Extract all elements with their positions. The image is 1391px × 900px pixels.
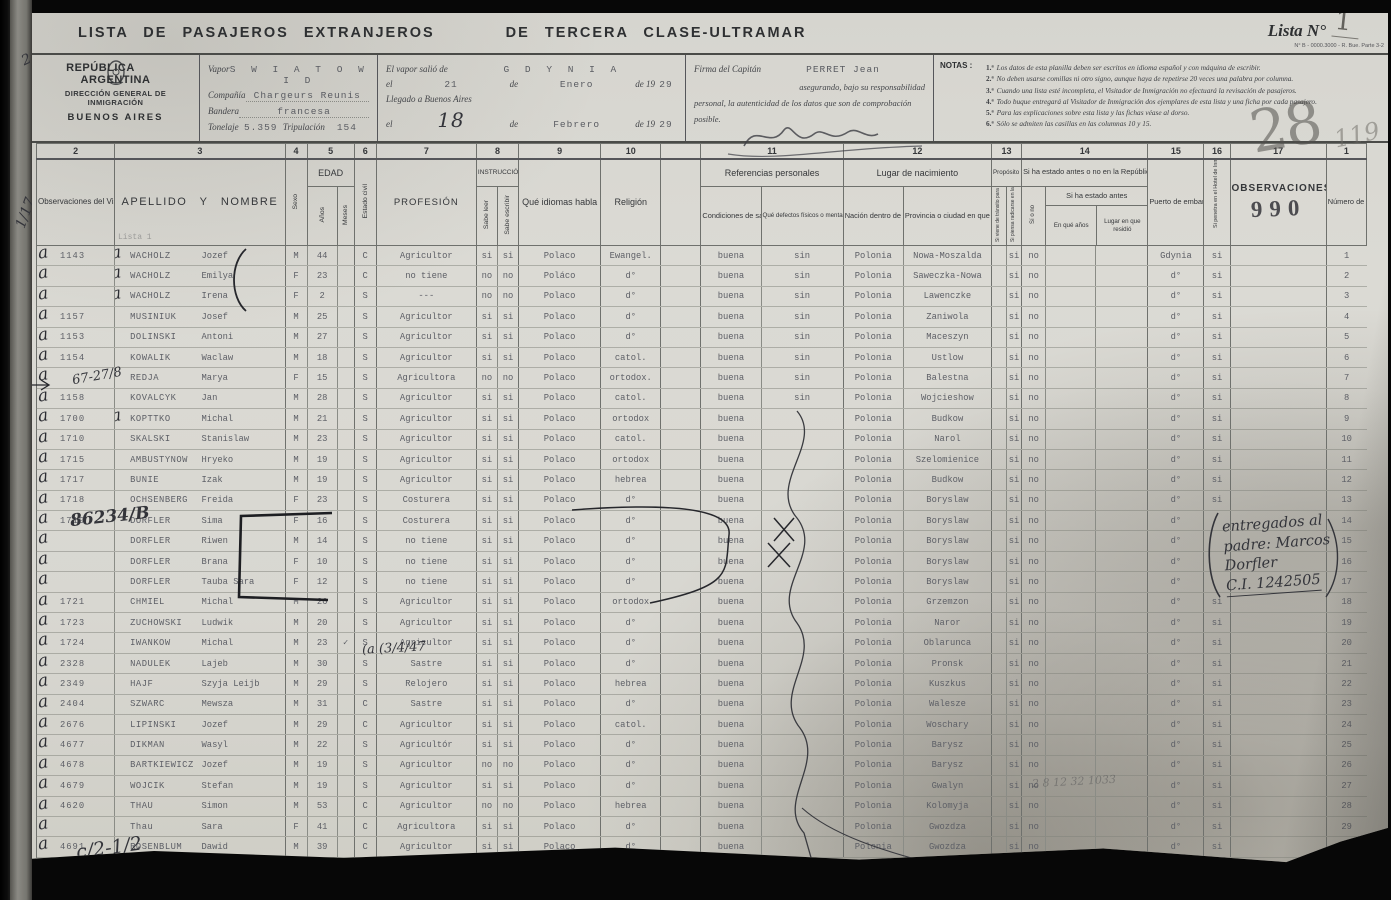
cell-prof: Agricultor — [376, 796, 476, 816]
table-row: a1700aKOPTTKOMichalM21SAgricultorsisiPol… — [37, 409, 1367, 429]
cell-nation: Polonia — [843, 714, 903, 734]
cell-sex: M — [285, 735, 307, 755]
colnum: 12 — [843, 144, 991, 159]
cell-prof: Agricultor — [376, 409, 476, 429]
cell-name: DORFLERTauba Sara — [115, 572, 285, 592]
cell-write: si — [497, 776, 518, 796]
compania-label: Compañía — [208, 90, 246, 100]
cell-months — [337, 837, 354, 857]
passenger-table: 2 3 4 5 6 7 8 9 10 11 12 13 14 15 16 17 — [36, 143, 1367, 858]
cell-civil: S — [354, 327, 376, 347]
cell-place — [1096, 429, 1148, 449]
cell-months — [337, 307, 354, 327]
colnum: 9 — [519, 144, 601, 159]
cell-name: aWACHOLZEmilya — [115, 266, 285, 286]
cell-name: ROSENBLUMDawid — [115, 837, 285, 857]
cell-port: Gdynia — [1148, 246, 1204, 266]
cell-health: buena — [701, 449, 761, 469]
cell-c13a — [992, 266, 1007, 286]
cell-sex: M — [285, 776, 307, 796]
header-sabe-leer: Sabe leer — [476, 187, 497, 246]
cell-gap — [661, 246, 701, 266]
cell-province: Budkow — [903, 409, 991, 429]
arrival-day: 18 — [393, 108, 510, 132]
cell-nation: Polonia — [843, 327, 903, 347]
header-meses: Meses — [337, 187, 354, 246]
cell-write: si — [497, 816, 518, 836]
cell-civil: S — [354, 470, 376, 490]
document-title: LISTA DE PASAJEROS EXTRANJEROS DE TERCER… — [78, 25, 806, 41]
cell-c13b: si — [1007, 776, 1022, 796]
cell-sex: M — [285, 674, 307, 694]
cell-civil: S — [354, 409, 376, 429]
cell-nation: Polonia — [843, 572, 903, 592]
cell-defect — [761, 816, 843, 836]
cell-province: Woschary — [903, 714, 991, 734]
cell-port: d° — [1148, 592, 1204, 612]
cell-civil: S — [354, 776, 376, 796]
departure-day: 21 — [393, 79, 510, 90]
cell-read: si — [476, 674, 497, 694]
cell-age: 26 — [307, 592, 337, 612]
cell-place — [1096, 286, 1148, 306]
cell-c14: no — [1022, 409, 1046, 429]
cell-c13a — [992, 449, 1007, 469]
cell-civil: S — [354, 755, 376, 775]
cell-sex: M — [285, 633, 307, 653]
cell-place — [1096, 735, 1148, 755]
cell-lang: Polaco — [519, 837, 601, 857]
cell-c14: no — [1022, 347, 1046, 367]
colnum: 5 — [307, 144, 354, 159]
cell-obs: a1719 — [37, 511, 115, 531]
cell-place — [1096, 246, 1148, 266]
cell-age: 41 — [307, 816, 337, 836]
cell-prof: Agricultor — [376, 776, 476, 796]
cell-civil: S — [354, 286, 376, 306]
cell-nation: Polonia — [843, 837, 903, 857]
cell-age: 29 — [307, 714, 337, 734]
cell-civil: C — [354, 837, 376, 857]
voyage-box: El vapor salió deG D Y N I A el21 deEner… — [378, 55, 686, 141]
cell-read: si — [476, 653, 497, 673]
cell-port: d° — [1148, 653, 1204, 673]
cell-province: Saweczka-Nowa — [903, 266, 991, 286]
cell-prof: Sastre — [376, 653, 476, 673]
cell-c13b: si — [1007, 633, 1022, 653]
cell-read: si — [476, 246, 497, 266]
cell-lang: Polaco — [519, 388, 601, 408]
table-row: aDORFLERTauba SaraF12Sno tienesisiPolaco… — [37, 572, 1367, 592]
paper-crease-shading — [1268, 13, 1388, 869]
cell-years — [1046, 246, 1096, 266]
cell-name: OCHSENBERGFreida — [115, 490, 285, 510]
title-right: DE TERCERA CLASE-ULTRAMAR — [506, 25, 807, 41]
cell-write: si — [497, 694, 518, 714]
cell-months — [337, 796, 354, 816]
table-row: a2328NADULEKLajebM30SSastresisiPolacod°b… — [37, 653, 1367, 673]
table-row: a1143aWACHOLZJozefM44CAgricultorsisiPola… — [37, 246, 1367, 266]
cell-c13a — [992, 429, 1007, 449]
cell-c16: si — [1204, 776, 1230, 796]
cell-defect — [761, 633, 843, 653]
table-row: a1717BUNIEIzakM19SAgricultorsisiPolacohe… — [37, 470, 1367, 490]
cell-months — [337, 592, 354, 612]
cell-years — [1046, 776, 1096, 796]
cell-age: 27 — [307, 327, 337, 347]
cell-lang: Polaco — [519, 246, 601, 266]
cell-name: AMBUSTYNOWHryeko — [115, 449, 285, 469]
cell-nation: Polonia — [843, 776, 903, 796]
cell-civil: C — [354, 714, 376, 734]
cell-c13b: si — [1007, 246, 1022, 266]
cell-defect — [761, 409, 843, 429]
cell-write: si — [497, 307, 518, 327]
cell-c16: si — [1204, 368, 1230, 388]
cell-civil: C — [354, 694, 376, 714]
cell-place — [1096, 613, 1148, 633]
cell-port: d° — [1148, 449, 1204, 469]
cell-lang: Polaco — [519, 286, 601, 306]
cell-months — [337, 674, 354, 694]
cell-civil: S — [354, 307, 376, 327]
tonelaje-value: 5.359 — [239, 122, 283, 133]
cell-c14: no — [1022, 551, 1046, 571]
cell-c13b: si — [1007, 266, 1022, 286]
cell-sex: M — [285, 613, 307, 633]
cell-lang: Polaco — [519, 327, 601, 347]
cell-rel: d° — [601, 653, 661, 673]
cell-rel: d° — [601, 694, 661, 714]
cell-name: NADULEKLajeb — [115, 653, 285, 673]
cell-obs: a4691 — [37, 837, 115, 857]
cell-write: si — [497, 531, 518, 551]
cell-c13b: si — [1007, 511, 1022, 531]
cell-c14: no — [1022, 286, 1046, 306]
cell-port: d° — [1148, 735, 1204, 755]
cell-gap — [661, 633, 701, 653]
cell-c14: no — [1022, 613, 1046, 633]
cell-c13b: si — [1007, 735, 1022, 755]
cell-prof: Agricultor — [376, 246, 476, 266]
cell-prof: Agricultora — [376, 368, 476, 388]
cell-years — [1046, 613, 1096, 633]
cell-gap — [661, 266, 701, 286]
table-row: aDORFLERBranaF10Sno tienesisiPolacod°bue… — [37, 551, 1367, 571]
cell-sex: M — [285, 327, 307, 347]
cell-age: 44 — [307, 246, 337, 266]
cell-c13a — [992, 531, 1007, 551]
header-instruccion: INSTRUCCIÓN — [476, 159, 518, 187]
cell-rel: ortodox — [601, 592, 661, 612]
cell-write: si — [497, 592, 518, 612]
cell-name: SKALSKIStanislaw — [115, 429, 285, 449]
cell-health: buena — [701, 653, 761, 673]
tripulacion-value: 154 — [325, 122, 369, 133]
cell-c13a — [992, 592, 1007, 612]
cell-health: buena — [701, 714, 761, 734]
cell-rel: d° — [601, 613, 661, 633]
cell-c13a — [992, 490, 1007, 510]
header-si-ha-estado: Si ha estado antes En qué años Lugar en … — [1046, 187, 1148, 246]
cell-nation: Polonia — [843, 735, 903, 755]
cell-age: 19 — [307, 470, 337, 490]
cell-lang: Polaco — [519, 409, 601, 429]
cell-province: Ustlow — [903, 347, 991, 367]
cell-prof: --- — [376, 286, 476, 306]
table-row: a1718OCHSENBERGFreidaF23SCosturerasisiPo… — [37, 490, 1367, 510]
cell-c14: no — [1022, 735, 1046, 755]
cell-years — [1046, 714, 1096, 734]
cell-name: DORFLERRiwen — [115, 531, 285, 551]
table-row: aThauSaraF41CAgricultorasisiPolacod°buen… — [37, 816, 1367, 836]
cell-c13a — [992, 511, 1007, 531]
cell-months — [337, 653, 354, 673]
cell-rel: d° — [601, 572, 661, 592]
cell-read: si — [476, 837, 497, 857]
cell-province: Barysz — [903, 755, 991, 775]
cell-gap — [661, 674, 701, 694]
cell-province: Gwalyn — [903, 776, 991, 796]
cell-sex: M — [285, 307, 307, 327]
cell-age: 29 — [307, 674, 337, 694]
cell-province: Lawenczke — [903, 286, 991, 306]
cell-c14: no — [1022, 470, 1046, 490]
cell-age: 22 — [307, 735, 337, 755]
cell-civil: C — [354, 816, 376, 836]
cell-c13a — [992, 286, 1007, 306]
cell-read: si — [476, 572, 497, 592]
cell-c14: no — [1022, 694, 1046, 714]
cell-c14: no — [1022, 266, 1046, 286]
cell-rel: d° — [601, 490, 661, 510]
cell-port: d° — [1148, 613, 1204, 633]
cell-c16: si — [1204, 694, 1230, 714]
cell-civil: S — [354, 347, 376, 367]
cell-c13b: si — [1007, 490, 1022, 510]
cell-obs: a1710 — [37, 429, 115, 449]
cell-defect: sin — [761, 327, 843, 347]
cell-c14: no — [1022, 776, 1046, 796]
cell-months — [337, 327, 354, 347]
cell-rel: d° — [601, 633, 661, 653]
cell-health: buena — [701, 307, 761, 327]
cell-sex: M — [285, 796, 307, 816]
cell-lang: Polaco — [519, 694, 601, 714]
cell-province: Kuszkus — [903, 674, 991, 694]
cell-province: Nowa-Moszalda — [903, 246, 991, 266]
cell-read: si — [476, 592, 497, 612]
cell-place — [1096, 592, 1148, 612]
cell-c13a — [992, 694, 1007, 714]
cell-civil: S — [354, 429, 376, 449]
cell-civil: S — [354, 613, 376, 633]
cell-gap — [661, 531, 701, 551]
cell-age: 25 — [307, 307, 337, 327]
cell-province: Oblarunca — [903, 633, 991, 653]
cell-province: Boryslaw — [903, 531, 991, 551]
cell-c13a — [992, 347, 1007, 367]
cell-health: buena — [701, 551, 761, 571]
cell-years — [1046, 511, 1096, 531]
cell-gap — [661, 613, 701, 633]
cell-obs: a — [37, 531, 115, 551]
cell-nation: Polonia — [843, 470, 903, 490]
cell-name: ThauSara — [115, 816, 285, 836]
form-header: REPÚBLICAARGENTINA DIRECCIÓN GENERAL DE … — [32, 55, 1388, 143]
cell-c13b: si — [1007, 653, 1022, 673]
cell-nation: Polonia — [843, 796, 903, 816]
cell-rel: ortodox — [601, 409, 661, 429]
cell-lang: Polaco — [519, 613, 601, 633]
cell-name: THAUSimon — [115, 796, 285, 816]
cell-gap — [661, 572, 701, 592]
cell-defect — [761, 592, 843, 612]
cell-name: DOLINSKIAntoni — [115, 327, 285, 347]
cell-gap — [661, 796, 701, 816]
cell-write: si — [497, 409, 518, 429]
cell-name: ZUCHOWSKILudwik — [115, 613, 285, 633]
cell-civil: S — [354, 572, 376, 592]
cell-prof: Agricultor — [376, 327, 476, 347]
cell-c14: no — [1022, 653, 1046, 673]
captain-name: PERRET Jean — [761, 64, 925, 75]
cell-years — [1046, 837, 1096, 857]
cell-age: 15 — [307, 368, 337, 388]
cell-gap — [661, 592, 701, 612]
cell-age: 23 — [307, 266, 337, 286]
cell-province: Gwozdza — [903, 816, 991, 836]
cell-c13a — [992, 470, 1007, 490]
cell-age: 28 — [307, 388, 337, 408]
cell-months — [337, 286, 354, 306]
cell-c13b: si — [1007, 368, 1022, 388]
cell-c14: no — [1022, 674, 1046, 694]
cell-civil: S — [354, 531, 376, 551]
cell-place — [1096, 388, 1148, 408]
cell-sex: M — [285, 246, 307, 266]
header-defectos: Qué defectos físicos o mentales tiene o … — [761, 187, 843, 246]
cell-c13a — [992, 776, 1007, 796]
agency-box: REPÚBLICAARGENTINA DIRECCIÓN GENERAL DE … — [32, 55, 200, 141]
colnum: 14 — [1022, 144, 1148, 159]
cell-name: KOVALCYKJan — [115, 388, 285, 408]
cell-write: si — [497, 449, 518, 469]
cell-gap — [661, 327, 701, 347]
cell-prof: Agricultor — [376, 470, 476, 490]
cell-lang: Polaco — [519, 796, 601, 816]
cell-civil: S — [354, 388, 376, 408]
cell-nation: Polonia — [843, 613, 903, 633]
cell-nation: Polonia — [843, 511, 903, 531]
cell-sex: M — [285, 531, 307, 551]
cell-gap — [661, 776, 701, 796]
cell-write: si — [497, 551, 518, 571]
cell-c14: no — [1022, 592, 1046, 612]
cell-rel: d° — [601, 837, 661, 857]
bandera-value: francesa — [239, 106, 369, 118]
cell-health: buena — [701, 347, 761, 367]
cell-civil: C — [354, 266, 376, 286]
cell-read: si — [476, 429, 497, 449]
cell-gap — [661, 307, 701, 327]
cell-rel: Ewangel. — [601, 246, 661, 266]
cell-health: buena — [701, 816, 761, 836]
cell-lang: Polaco — [519, 572, 601, 592]
table-row: a1715AMBUSTYNOWHryekoM19SAgricultorsisiP… — [37, 449, 1367, 469]
cell-rel: ortodox. — [601, 368, 661, 388]
cell-port: d° — [1148, 347, 1204, 367]
cell-civil: S — [354, 653, 376, 673]
cell-port: d° — [1148, 694, 1204, 714]
header-lugar-residio: Lugar en que residió — [1096, 206, 1147, 245]
table-row: a1158KOVALCYKJanM28SAgricultorsisiPolaco… — [37, 388, 1367, 408]
cell-nation: Polonia — [843, 531, 903, 551]
cell-place — [1096, 551, 1148, 571]
cell-years — [1046, 470, 1096, 490]
cell-age: 14 — [307, 531, 337, 551]
cell-prof: Costurera — [376, 511, 476, 531]
cell-port: d° — [1148, 755, 1204, 775]
colnum: 7 — [376, 144, 476, 159]
cell-read: si — [476, 388, 497, 408]
cell-nation: Polonia — [843, 490, 903, 510]
cell-defect: sin — [761, 246, 843, 266]
cell-read: si — [476, 409, 497, 429]
cell-age: 19 — [307, 755, 337, 775]
cell-rel: catol. — [601, 714, 661, 734]
table-row: a4620THAUSimonM53CAgricultornonoPolacohe… — [37, 796, 1367, 816]
cell-c16: si — [1204, 449, 1230, 469]
cell-years — [1046, 449, 1096, 469]
cell-write: si — [497, 837, 518, 857]
cell-defect — [761, 714, 843, 734]
cell-nation: Polonia — [843, 755, 903, 775]
cell-lang: Polaco — [519, 429, 601, 449]
cell-sex: F — [285, 511, 307, 531]
cell-c13a — [992, 409, 1007, 429]
cell-read: si — [476, 307, 497, 327]
header-estado-civil: Estado civil — [354, 159, 376, 246]
cell-place — [1096, 490, 1148, 510]
cell-c13a — [992, 327, 1007, 347]
table-row: a4691ROSENBLUMDawidM39CAgricultorsisiPol… — [37, 837, 1367, 857]
colnum: 2 — [37, 144, 115, 159]
header-referencias: Referencias personales — [701, 159, 843, 187]
cell-c13a — [992, 368, 1007, 388]
cell-months — [337, 409, 354, 429]
cell-lang: Polaco — [519, 816, 601, 836]
cell-c14: no — [1022, 307, 1046, 327]
cell-c14: no — [1022, 714, 1046, 734]
cell-c13a — [992, 572, 1007, 592]
cell-read: si — [476, 776, 497, 796]
title-left: LISTA DE PASAJEROS EXTRANJEROS — [78, 25, 435, 41]
cell-c13b: si — [1007, 286, 1022, 306]
cell-c14: no — [1022, 572, 1046, 592]
cell-name: REDJAMarya — [115, 368, 285, 388]
cell-write: no — [497, 755, 518, 775]
cell-place — [1096, 511, 1148, 531]
cell-province: Boryslaw — [903, 572, 991, 592]
cell-port: d° — [1148, 837, 1204, 857]
cell-read: si — [476, 714, 497, 734]
cell-civil: S — [354, 511, 376, 531]
cell-years — [1046, 531, 1096, 551]
table-row: a4677DIKMANWasylM22SAgricultórsisiPolaco… — [37, 735, 1367, 755]
cell-lang: Polaco — [519, 449, 601, 469]
cell-name: BARTKIEWICZJozef — [115, 755, 285, 775]
